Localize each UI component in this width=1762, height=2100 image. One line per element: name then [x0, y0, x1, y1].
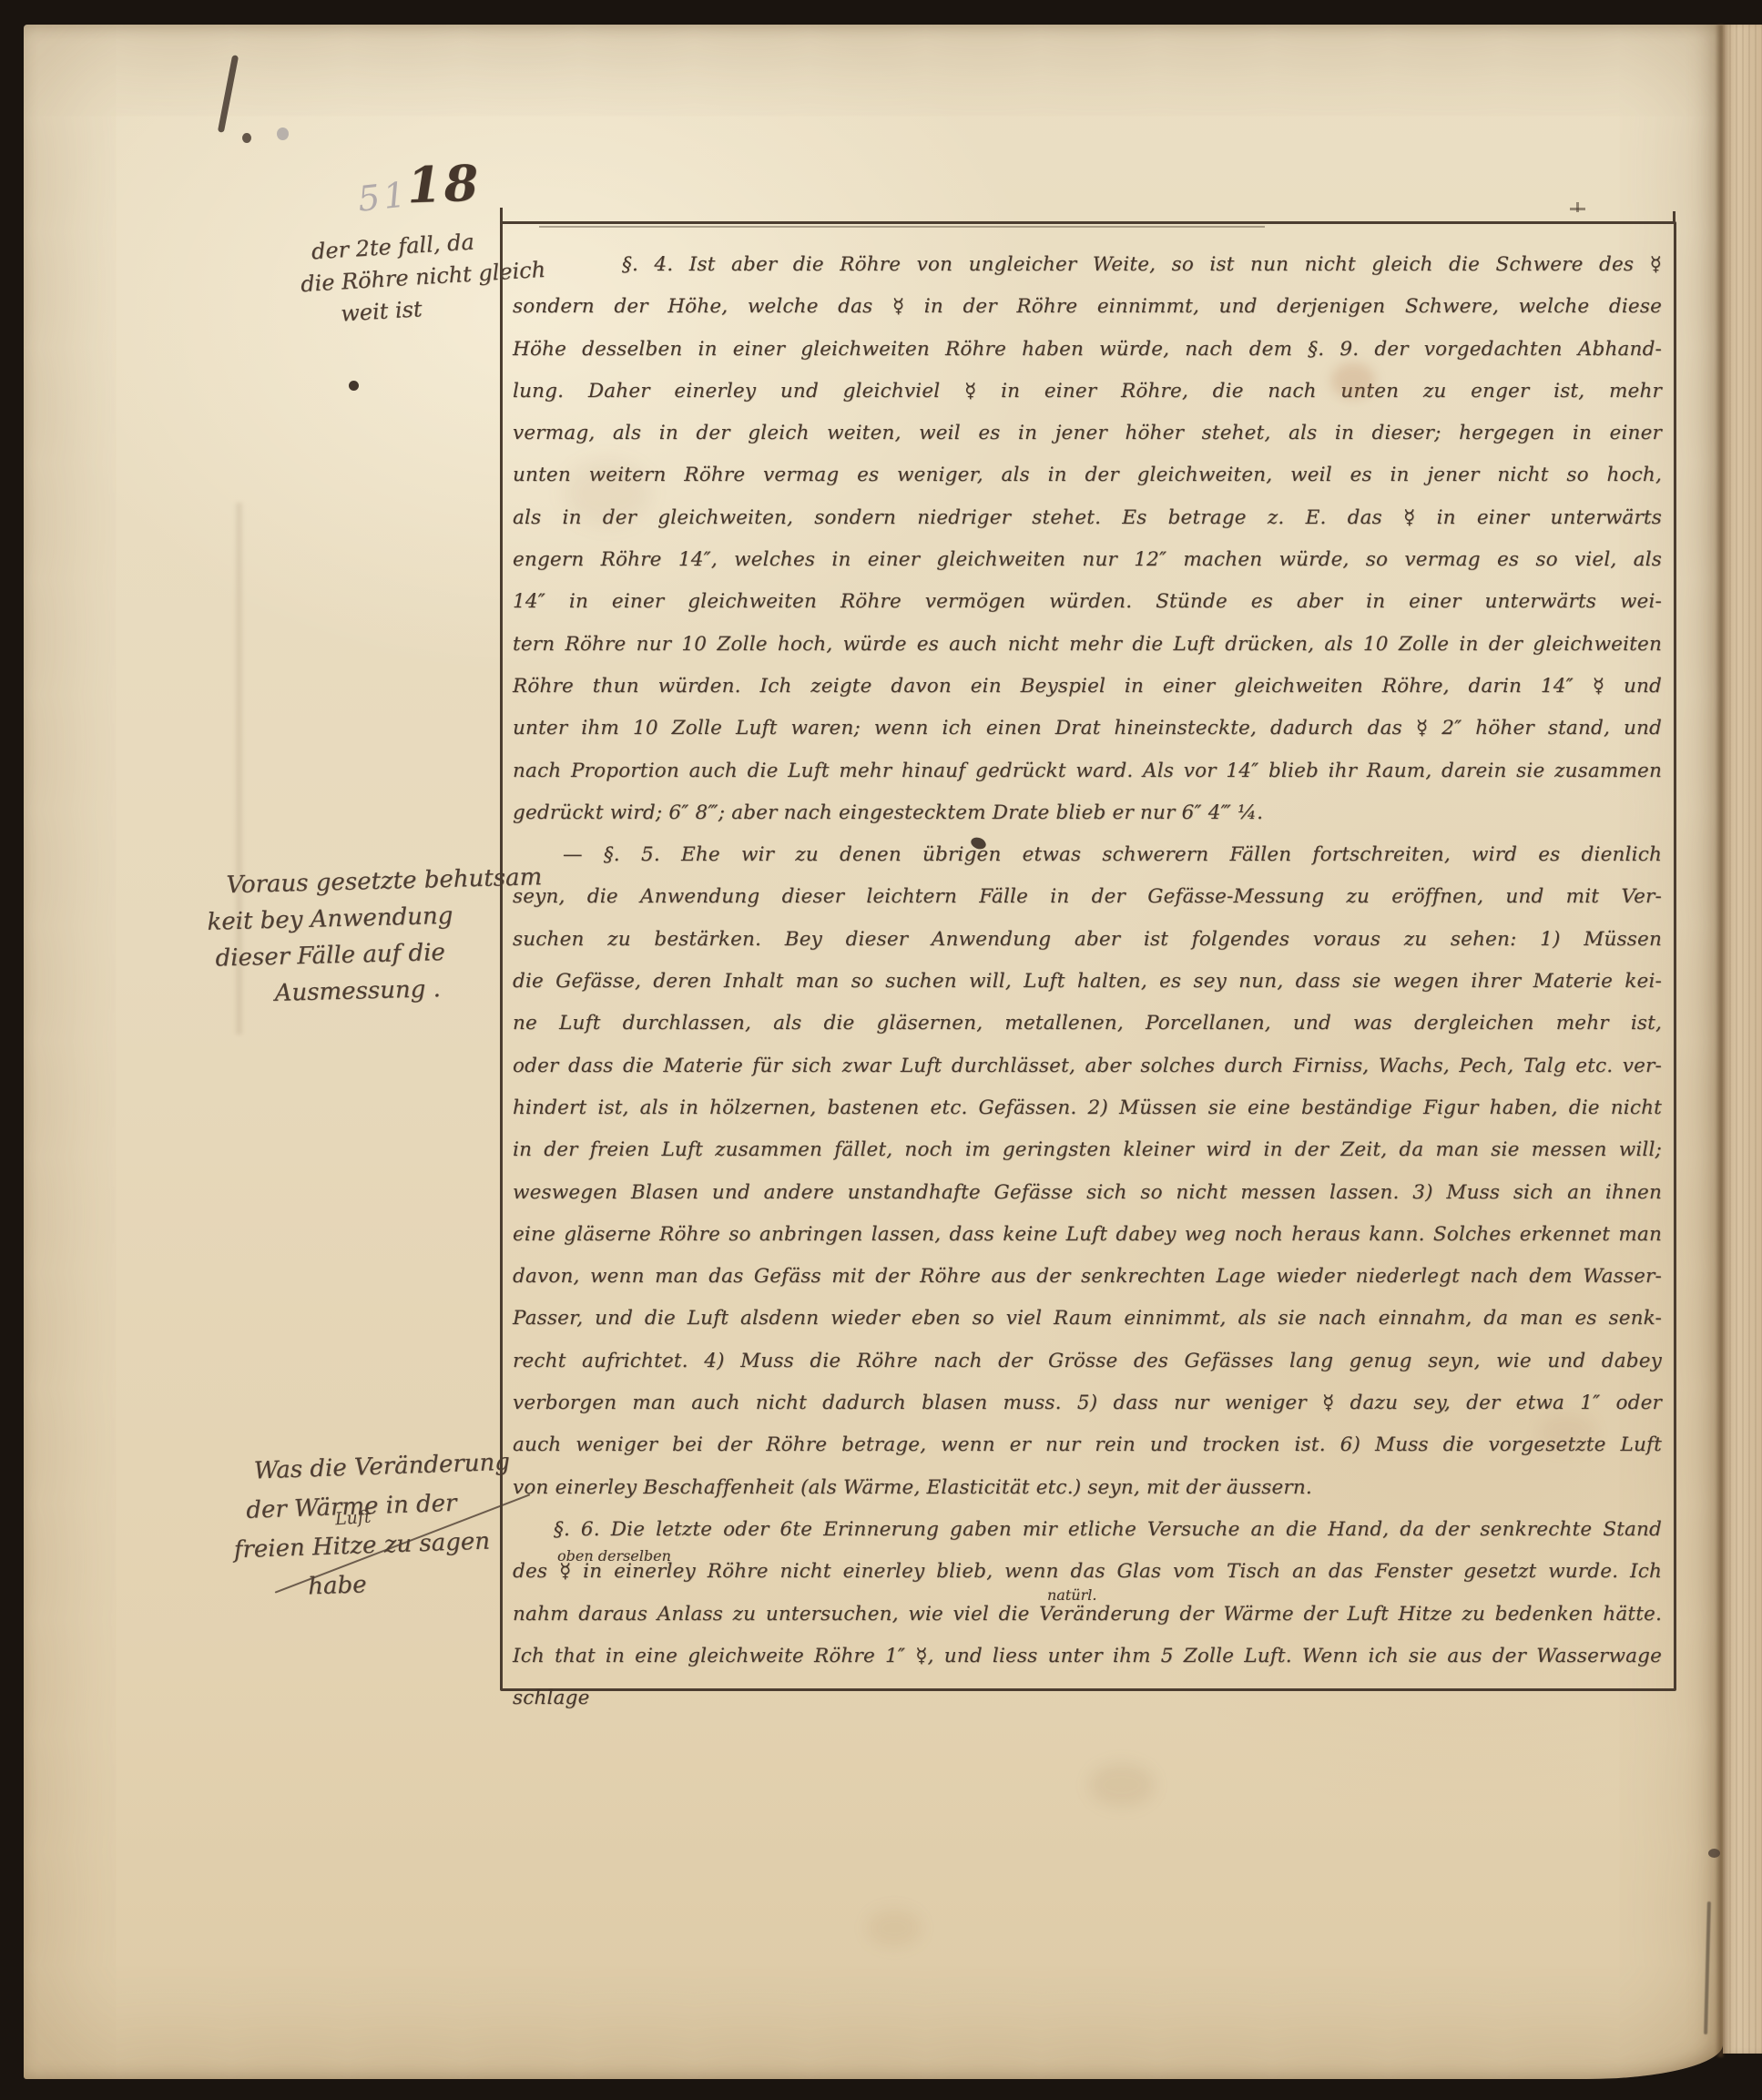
text-line: recht aufrichtet. 4) Muss die Röhre nach…: [513, 1341, 1662, 1382]
text-line: suchen zu bestärken. Bey dieser Anwendun…: [513, 919, 1662, 961]
margin-dot: [349, 381, 359, 391]
interlinear-insertion: oben derselben: [557, 1547, 671, 1565]
text-line: seyn, die Anwendung dieser leichtern Fäl…: [513, 876, 1662, 918]
text-line: tern Röhre nur 10 Zolle hoch, würde es a…: [513, 624, 1662, 666]
text-line: Ich that in eine gleichweite Röhre 1″ ☿,…: [513, 1636, 1662, 1720]
text-line: unter ihm 10 Zolle Luft waren; wenn ich …: [513, 708, 1662, 749]
text-line: als in der gleichweiten, sondern niedrig…: [513, 497, 1662, 539]
corner-reference-mark: [1576, 202, 1579, 212]
foxing-stain: [1331, 362, 1375, 399]
text-line: hindert ist, als in hölzernen, bastenen …: [513, 1087, 1662, 1129]
text-line: von einerley Beschaffenheit (als Wärme, …: [513, 1467, 1662, 1509]
text-line: §. 4. Ist aber die Röhre von ungleicher …: [513, 244, 1662, 286]
text-line: in der freien Luft zusammen fället, noch…: [513, 1129, 1662, 1171]
pen-trial-dot: [242, 133, 251, 143]
text-line: verborgen man auch nicht dadurch blasen …: [513, 1382, 1662, 1424]
foxing-stain: [1539, 1413, 1595, 1452]
foxing-stain: [565, 460, 650, 525]
text-line: §. 6. Die letzte oder 6te Erinnerung gab…: [513, 1509, 1662, 1551]
text-line: unten weitern Röhre vermag es weniger, a…: [513, 454, 1662, 496]
interlinear-insertion-luft: Luft: [334, 1507, 372, 1530]
pencil-foliation: 51: [356, 174, 412, 219]
text-line: vermag, als in der gleich weiten, weil e…: [513, 413, 1662, 454]
foxing-stain: [867, 1909, 922, 1947]
body-text: §. 4. Ist aber die Röhre von ungleicher …: [513, 244, 1662, 1719]
text-line: gedrückt wird; 6″ 8‴; aber nach eingeste…: [513, 792, 1662, 834]
margin-note-3: Was die Veränderungder Wärme in derfreie…: [230, 1443, 514, 1610]
pencil-smudge-dot: [277, 127, 289, 140]
text-line: — §. 5. Ehe wir zu denen übrigen etwas s…: [513, 834, 1662, 876]
scan-background: 51 18 der 2te fall, dadie Röhre nicht gl…: [0, 0, 1762, 2100]
text-line: 14″ in einer gleichweiten Röhre vermögen…: [513, 581, 1662, 623]
margin-note-2: Voraus gesetzte behutsamkeit bey Anwendu…: [206, 859, 545, 1014]
text-line: Röhre thun würden. Ich zeigte davon ein …: [513, 666, 1662, 708]
text-line: Passer, und die Luft alsdenn wieder eben…: [513, 1298, 1662, 1340]
foxing-stain: [1089, 1763, 1155, 1807]
text-line: Höhe desselben in einer gleichweiten Röh…: [513, 329, 1662, 371]
text-line: sondern der Höhe, welche das ☿ in der Rö…: [513, 286, 1662, 328]
verso-bleed-through: [236, 503, 242, 1035]
frame-corner-tick: [500, 208, 503, 224]
text-line: ne Luft durchlassen, als die gläsernen, …: [513, 1003, 1662, 1045]
fore-edge-pages: [1723, 25, 1762, 2054]
text-line: weswegen Blasen und andere unstandhafte …: [513, 1172, 1662, 1214]
interlinear-insertion: natürl.: [1047, 1586, 1096, 1604]
frame-double-stroke: [539, 226, 1265, 228]
page-number: 18: [406, 154, 482, 215]
edge-ink-mark: [1708, 1849, 1720, 1858]
text-line: die Gefässe, deren Inhalt man so suchen …: [513, 961, 1662, 1003]
text-line: eine gläserne Röhre so anbringen lassen,…: [513, 1214, 1662, 1256]
text-line: lung. Daher einerley und gleichviel ☿ in…: [513, 371, 1662, 413]
text-line: davon, wenn man das Gefäss mit der Röhre…: [513, 1256, 1662, 1298]
frame-corner-tick: [1673, 211, 1675, 224]
text-line: auch weniger bei der Röhre betrage, wenn…: [513, 1424, 1662, 1466]
text-line: oder dass die Materie für sich zwar Luft…: [513, 1045, 1662, 1087]
text-line: engern Röhre 14″, welches in einer gleic…: [513, 539, 1662, 581]
text-line: nach Proportion auch die Luft mehr hinau…: [513, 750, 1662, 792]
